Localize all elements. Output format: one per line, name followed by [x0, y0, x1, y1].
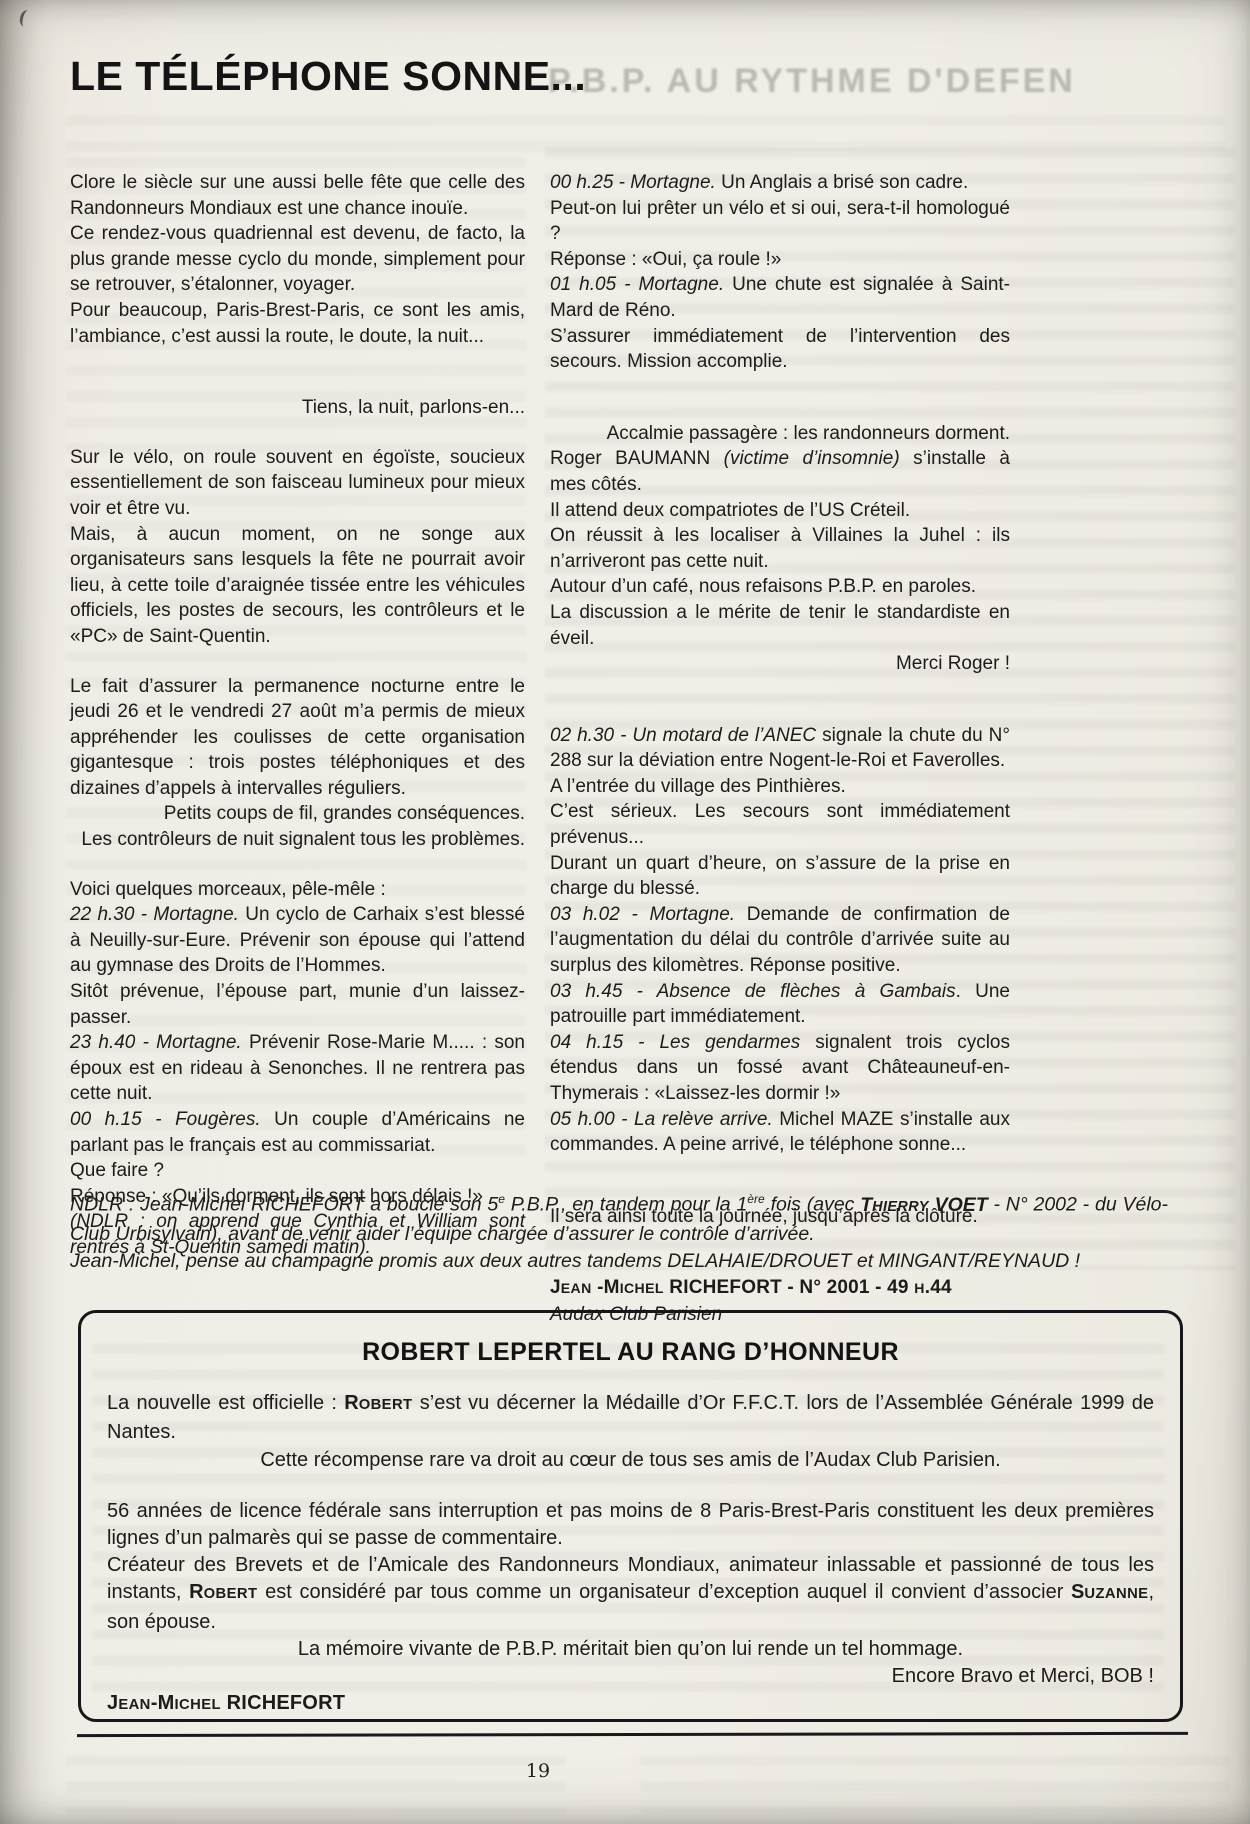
paragraph: Petits coups de fil, grandes conséquence… [70, 801, 525, 827]
paragraph: 02 h.30 - Un motard de l’ANEC signale la… [550, 723, 1010, 774]
paragraph: 05 h.00 - La relève arrive. Michel MAZE … [550, 1107, 1010, 1158]
paragraph: Créateur des Brevets et de l’Amicale des… [107, 1552, 1154, 1636]
paragraph: C’est sérieux. Les secours sont immédiat… [550, 799, 1010, 850]
scan-artifact-mark [18, 9, 34, 28]
right-column: 00 h.25 - Mortagne. Un Anglais a brisé s… [550, 170, 1010, 1328]
magazine-page: P.B.P. AU RYTHME D'DEFEN LE TÉLÉPHONE SO… [0, 0, 1250, 1824]
paragraph: Sitôt prévenue, l’épouse part, munie d’u… [70, 979, 525, 1030]
paragraph: Que faire ? [70, 1158, 525, 1184]
paragraph: La mémoire vivante de P.B.P. méritait bi… [107, 1636, 1154, 1663]
paragraph: 00 h.25 - Mortagne. Un Anglais a brisé s… [550, 170, 1010, 196]
paragraph: 03 h.45 - Absence de flèches à Gambais. … [550, 979, 1010, 1030]
box-signature: JEAN-MICHEL RICHEFORT [107, 1690, 1154, 1719]
paragraph: Pour beaucoup, Paris-Brest-Paris, ce son… [70, 298, 525, 349]
paragraph: 03 h.02 - Mortagne. Demande de confirmat… [550, 902, 1010, 979]
paragraph: 04 h.15 - Les gendarmes signalent trois … [550, 1030, 1010, 1107]
author-signature: JEAN -MICHEL RICHEFORT - N° 2001 - 49 H.… [550, 1275, 1010, 1302]
scanned-magazine-page: { "page": { "number": "19" }, "article":… [0, 0, 1250, 1824]
paragraph: Merci Roger ! [550, 651, 1010, 677]
paragraph: Durant un quart d’heure, on s’assure de … [550, 851, 1010, 902]
article-body: Clore le siècle sur une aussi belle fête… [70, 170, 1010, 1328]
paragraph: Mais, à aucun moment, on ne songe aux or… [70, 522, 525, 650]
paragraph: Autour d’un café, nous refaisons P.B.P. … [550, 574, 1010, 600]
paragraph: Roger BAUMANN (victime d’insomnie) s’ins… [550, 446, 1010, 497]
paragraph: 00 h.15 - Fougères. Un couple d’Américai… [70, 1107, 525, 1158]
paragraph: Les contrôleurs de nuit signalent tous l… [70, 827, 525, 853]
paragraph: Il attend deux compatriotes de l’US Crét… [550, 498, 1010, 524]
honor-box-title: ROBERT LEPERTEL AU RANG D’HONNEUR [107, 1339, 1154, 1366]
bleedthrough-title: P.B.P. AU RYTHME D'DEFEN [548, 62, 1208, 101]
left-column: Clore le siècle sur une aussi belle fête… [70, 170, 525, 1328]
paragraph: Tiens, la nuit, parlons-en... [70, 395, 525, 421]
paragraph: La discussion a le mérite de tenir le st… [550, 600, 1010, 651]
paragraph: On réussit à les localiser à Villaines l… [550, 523, 1010, 574]
paragraph: La nouvelle est officielle : ROBERT s’es… [107, 1390, 1154, 1446]
paragraph: Peut-on lui prêter un vélo et si oui, se… [550, 196, 1010, 247]
paragraph: Accalmie passagère : les randonneurs dor… [550, 421, 1010, 447]
editors-note: NDLR : Jean-Michel RICHEFORT a bouclé so… [70, 1186, 1168, 1248]
paragraph: Cette récompense rare va droit au cœur d… [107, 1447, 1154, 1474]
paragraph: Encore Bravo et Merci, BOB ! [107, 1663, 1154, 1690]
honor-box-body: La nouvelle est officielle : ROBERT s’es… [107, 1390, 1154, 1719]
editors-note: Jean-Michel, pense au champagne promis a… [70, 1248, 1168, 1275]
paragraph: 22 h.30 - Mortagne. Un cyclo de Carhaix … [70, 902, 525, 979]
paragraph: Sur le vélo, on roule souvent en égoïste… [70, 445, 525, 522]
honor-box: ROBERT LEPERTEL AU RANG D’HONNEUR La nou… [78, 1310, 1183, 1722]
paragraph: Ce rendez-vous quadriennal est devenu, d… [70, 221, 525, 298]
paragraph: Le fait d’assurer la permanence nocturne… [70, 674, 525, 802]
paragraph: 23 h.40 - Mortagne. Prévenir Rose-Marie … [70, 1030, 525, 1107]
paragraph: A l’entrée du village des Pinthières. [550, 774, 1010, 800]
paragraph: Voici quelques morceaux, pêle-mêle : [70, 877, 525, 903]
paragraph: 01 h.05 - Mortagne. Une chute est signal… [550, 272, 1010, 323]
editors-note-block: NDLR : Jean-Michel RICHEFORT a bouclé so… [70, 1186, 1168, 1275]
paragraph: Clore le siècle sur une aussi belle fête… [70, 170, 525, 221]
page-number: 19 [70, 1760, 1006, 1782]
paragraph: 56 années de licence fédérale sans inter… [107, 1498, 1154, 1552]
paragraph: S’assurer immédiatement de l’interventio… [550, 324, 1010, 375]
article-title: LE TÉLÉPHONE SONNE... [70, 53, 586, 100]
paragraph: Réponse : «Oui, ça roule !» [550, 247, 1010, 273]
